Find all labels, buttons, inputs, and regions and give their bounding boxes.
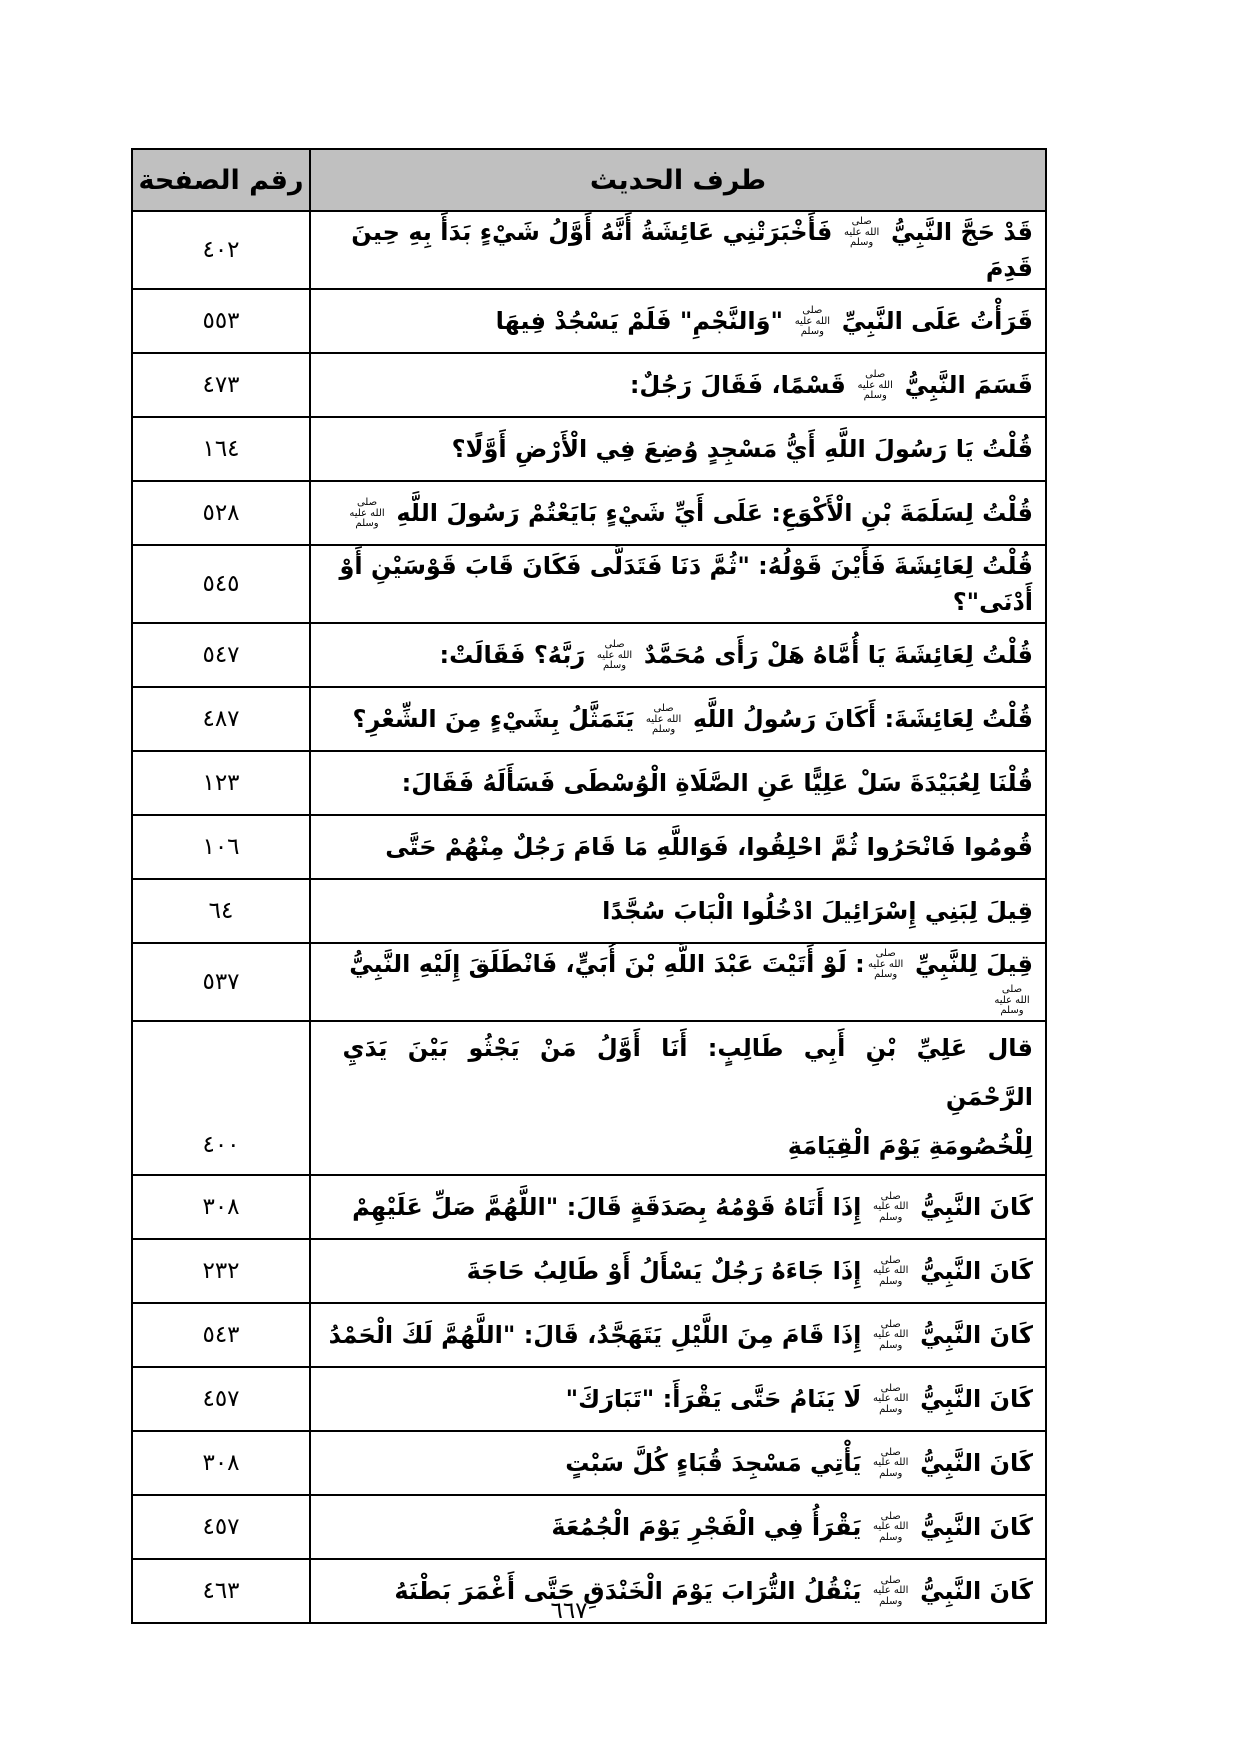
pbuh-calligraphy-icon: صلى الله عليه وسلم	[646, 704, 682, 736]
page-number: ٤٨٧	[132, 687, 310, 751]
table-row: قَرَأْتُ عَلَى النَّبِيِّ صلى الله عليه …	[132, 289, 1046, 353]
page-number: ٢٣٢	[132, 1239, 310, 1303]
page-number-column-header: رقم الصفحة	[132, 149, 310, 211]
document-page: طرف الحديث رقم الصفحة قَدْ حَجَّ النَّبِ…	[0, 0, 1240, 1754]
table-row: قَدْ حَجَّ النَّبِيُّ صلى الله عليه وسلم…	[132, 211, 1046, 289]
hadith-text: كَانَ النَّبِيُّ صلى الله عليه وسلم يَقْ…	[310, 1495, 1046, 1559]
pbuh-calligraphy-icon: صلى الله عليه وسلم	[857, 370, 893, 402]
pbuh-calligraphy-icon: صلى الله عليه وسلم	[794, 306, 830, 338]
page-number: ٥٤٧	[132, 623, 310, 687]
footer-page-number: ٦٦٧	[509, 1598, 629, 1624]
pbuh-calligraphy-icon: صلى الله عليه وسلم	[349, 498, 385, 530]
hadith-text: قُلْتُ لِعَائِشَةَ فَأَيْنَ قَوْلُهُ: "ث…	[310, 545, 1046, 623]
hadith-column-header: طرف الحديث	[310, 149, 1046, 211]
table-row: كَانَ النَّبِيُّ صلى الله عليه وسلم إِذَ…	[132, 1303, 1046, 1367]
pbuh-calligraphy-icon: صلى الله عليه وسلم	[597, 640, 633, 672]
hadith-text: قُومُوا فَانْحَرُوا ثُمَّ احْلِقُوا، فَو…	[310, 815, 1046, 879]
hadith-text: قَسَمَ النَّبِيُّ صلى الله عليه وسلم قَس…	[310, 353, 1046, 417]
pbuh-calligraphy-icon: صلى الله عليه وسلم	[873, 1576, 909, 1608]
page-number: ٣٠٨	[132, 1175, 310, 1239]
hadith-text: قُلْتُ لِسَلَمَةَ بْنِ الْأَكْوَعِ: عَلَ…	[310, 481, 1046, 545]
hadith-text: قُلْنَا لِعُبَيْدَةَ سَلْ عَلِيًّا عَنِ …	[310, 751, 1046, 815]
page-number: ١٢٣	[132, 751, 310, 815]
page-number: ٤٥٧	[132, 1495, 310, 1559]
table-row: كَانَ النَّبِيُّ صلى الله عليه وسلم لَا …	[132, 1367, 1046, 1431]
pbuh-calligraphy-icon: صلى الله عليه وسلم	[873, 1512, 909, 1544]
table-header-row: طرف الحديث رقم الصفحة	[132, 149, 1046, 211]
table-row: كَانَ النَّبِيُّ صلى الله عليه وسلم يَأْ…	[132, 1431, 1046, 1495]
hadith-text: قُلْتُ لِعَائِشَةَ يَا أُمَّاهُ هَلْ رَأ…	[310, 623, 1046, 687]
hadith-text: قِيلَ لِبَنِي إِسْرَائِيلَ ادْخُلُوا الْ…	[310, 879, 1046, 943]
hadith-text: قَرَأْتُ عَلَى النَّبِيِّ صلى الله عليه …	[310, 289, 1046, 353]
hadith-text: كَانَ النَّبِيُّ صلى الله عليه وسلم إِذَ…	[310, 1239, 1046, 1303]
pbuh-calligraphy-icon: صلى الله عليه وسلم	[873, 1448, 909, 1480]
table-row: قال عَلِيِّ بْنِ أَبِي طَالِبٍ: أَنَا أَ…	[132, 1021, 1046, 1175]
page-number: ٥٣٧	[132, 943, 310, 1021]
page-number: ٤٥٧	[132, 1367, 310, 1431]
page-number: ٣٠٨	[132, 1431, 310, 1495]
hadith-text: كَانَ النَّبِيُّ صلى الله عليه وسلم يَأْ…	[310, 1431, 1046, 1495]
pbuh-calligraphy-icon: صلى الله عليه وسلم	[873, 1320, 909, 1352]
page-number: ٤٠٢	[132, 211, 310, 289]
table-row: قِيلَ لِبَنِي إِسْرَائِيلَ ادْخُلُوا الْ…	[132, 879, 1046, 943]
pbuh-calligraphy-icon: صلى الله عليه وسلم	[873, 1192, 909, 1224]
pbuh-calligraphy-icon: صلى الله عليه وسلم	[873, 1384, 909, 1416]
pbuh-calligraphy-icon: صلى الله عليه وسلم	[873, 1256, 909, 1288]
page-number: ٥٤٣	[132, 1303, 310, 1367]
page-number: ١٦٤	[132, 417, 310, 481]
hadith-index-table: طرف الحديث رقم الصفحة قَدْ حَجَّ النَّبِ…	[131, 148, 1047, 1624]
pbuh-calligraphy-icon: صلى الله عليه وسلم	[994, 985, 1030, 1017]
pbuh-calligraphy-icon: صلى الله عليه وسلم	[868, 949, 904, 981]
table-row: قُلْنَا لِعُبَيْدَةَ سَلْ عَلِيًّا عَنِ …	[132, 751, 1046, 815]
hadith-text: قِيلَ لِلنَّبِيِّ صلى الله عليه وسلم: لَ…	[310, 943, 1046, 1021]
page-number: ٥٤٥	[132, 545, 310, 623]
table-row: قُومُوا فَانْحَرُوا ثُمَّ احْلِقُوا، فَو…	[132, 815, 1046, 879]
table-row: كَانَ النَّبِيُّ صلى الله عليه وسلم إِذَ…	[132, 1175, 1046, 1239]
page-number: ١٠٦	[132, 815, 310, 879]
table-row: قِيلَ لِلنَّبِيِّ صلى الله عليه وسلم: لَ…	[132, 943, 1046, 1021]
page-number: ٤٠٠	[132, 1021, 310, 1175]
hadith-text: قَدْ حَجَّ النَّبِيُّ صلى الله عليه وسلم…	[310, 211, 1046, 289]
hadith-text: كَانَ النَّبِيُّ صلى الله عليه وسلم يَنْ…	[310, 1559, 1046, 1623]
table-row: قَسَمَ النَّبِيُّ صلى الله عليه وسلم قَس…	[132, 353, 1046, 417]
hadith-text: قُلْتُ لِعَائِشَةَ: أَكَانَ رَسُولُ اللَ…	[310, 687, 1046, 751]
table-body: قَدْ حَجَّ النَّبِيُّ صلى الله عليه وسلم…	[132, 211, 1046, 1623]
hadith-text: قُلْتُ يَا رَسُولَ اللَّهِ أَيُّ مَسْجِد…	[310, 417, 1046, 481]
table-row: قُلْتُ لِعَائِشَةَ: أَكَانَ رَسُولُ اللَ…	[132, 687, 1046, 751]
table-row: قُلْتُ يَا رَسُولَ اللَّهِ أَيُّ مَسْجِد…	[132, 417, 1046, 481]
table-row: قُلْتُ لِعَائِشَةَ فَأَيْنَ قَوْلُهُ: "ث…	[132, 545, 1046, 623]
hadith-text: كَانَ النَّبِيُّ صلى الله عليه وسلم إِذَ…	[310, 1303, 1046, 1367]
table-row: قُلْتُ لِعَائِشَةَ يَا أُمَّاهُ هَلْ رَأ…	[132, 623, 1046, 687]
table-row: كَانَ النَّبِيُّ صلى الله عليه وسلم إِذَ…	[132, 1239, 1046, 1303]
page-number: ٥٢٨	[132, 481, 310, 545]
table-row: قُلْتُ لِسَلَمَةَ بْنِ الْأَكْوَعِ: عَلَ…	[132, 481, 1046, 545]
page-number: ٥٥٣	[132, 289, 310, 353]
hadith-text: كَانَ النَّبِيُّ صلى الله عليه وسلم لَا …	[310, 1367, 1046, 1431]
page-number: ٤٧٣	[132, 353, 310, 417]
page-number: ٦٤	[132, 879, 310, 943]
hadith-text: قال عَلِيِّ بْنِ أَبِي طَالِبٍ: أَنَا أَ…	[310, 1021, 1046, 1175]
table-row: كَانَ النَّبِيُّ صلى الله عليه وسلم يَقْ…	[132, 1495, 1046, 1559]
pbuh-calligraphy-icon: صلى الله عليه وسلم	[844, 217, 880, 249]
hadith-text: كَانَ النَّبِيُّ صلى الله عليه وسلم إِذَ…	[310, 1175, 1046, 1239]
page-number: ٤٦٣	[132, 1559, 310, 1623]
